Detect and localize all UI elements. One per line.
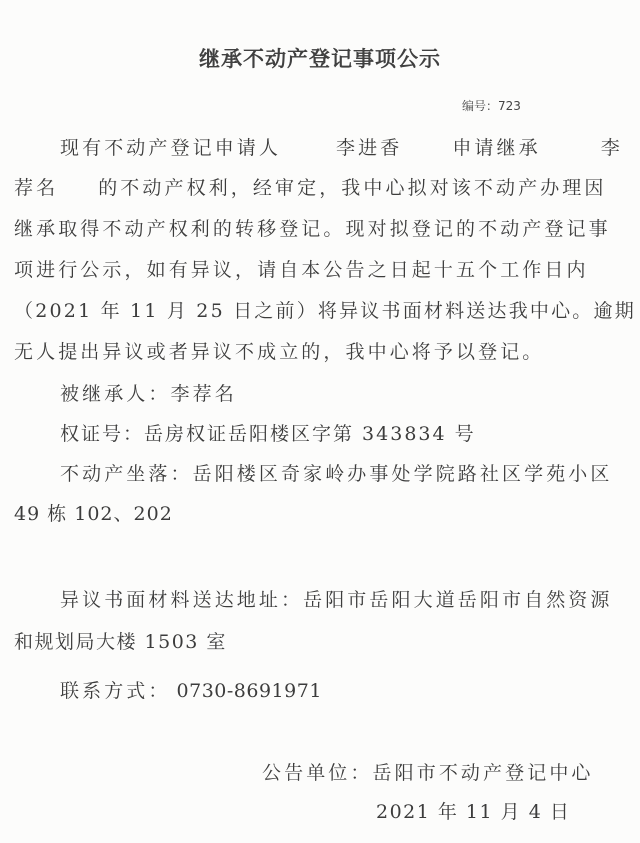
location-label: 不动产坐落： [60,459,193,486]
document-number-label: 编号： [462,99,498,113]
decedent-name-part2: 荐名 [14,173,58,200]
body-line-2-text: 的不动产权利，经审定，我中心拟对该不动产办理因 [98,173,606,200]
body-line-5: （2021 年 11 月 25 日之前）将异议书面材料送达我中心。逾期 [14,296,636,323]
document-number: 编号：723 [462,97,521,114]
body-line-4: 项进行公示，如有异议，请自本公告之日起十五个工作日内 [14,255,589,282]
location-value-line1: 岳阳楼区奇家岭办事处学院路社区学苑小区 [193,459,613,486]
applicant-name: 李进香 [336,133,402,160]
decedent-label: 被继承人： [60,379,171,406]
certificate-field: 权证号：岳房权证岳阳楼区字第 343834 号 [60,419,476,446]
issuer-label: 公告单位： [262,758,373,785]
location-value-line2: 49 栋 102、202 [14,499,173,526]
location-field: 不动产坐落：岳阳楼区奇家岭办事处学院路社区学苑小区 [60,459,613,486]
decedent-value: 李荐名 [171,379,237,406]
decedent-name-part1: 李 [601,133,623,160]
decedent-field: 被继承人：李荐名 [60,379,237,406]
body-line-6: 无人提出异议或者异议不成立的，我中心将予以登记。 [14,337,544,364]
certificate-value: 岳房权证岳阳楼区字第 343834 号 [144,419,476,446]
body-line-2: 荐名的不动产权利，经审定，我中心拟对该不动产办理因 [14,173,607,200]
objection-address-line2: 和规划局大楼 1503 室 [14,627,227,654]
issuer-field: 公告单位：岳阳市不动产登记中心 [262,758,594,785]
document-title: 继承不动产登记事项公示 [0,43,640,73]
objection-address-field: 异议书面材料送达地址：岳阳市岳阳大道岳阳市自然资源 [60,585,613,612]
document-page: 继承不动产登记事项公示 编号：723 现有不动产登记申请人李进香申请继承李 荐名… [0,0,640,843]
objection-address-label: 异议书面材料送达地址： [60,585,303,612]
applicant-prefix: 现有不动产登记申请人 [60,133,281,160]
contact-field: 联系方式：0730-8691971 [60,676,322,703]
inherit-text: 申请继承 [452,133,540,160]
body-line-1: 现有不动产登记申请人李进香申请继承李 [60,133,623,160]
body-line-3: 继承取得不动产权利的转移登记。现对拟登记的不动产登记事 [14,214,611,241]
certificate-label: 权证号： [60,419,144,446]
contact-label: 联系方式： [60,676,171,703]
contact-value: 0730-8691971 [177,680,322,702]
issue-date: 2021 年 11 月 4 日 [376,797,570,824]
issuer-value: 岳阳市不动产登记中心 [373,758,594,785]
objection-address-line1: 岳阳市岳阳大道岳阳市自然资源 [303,585,612,612]
document-number-value: 723 [498,99,521,113]
